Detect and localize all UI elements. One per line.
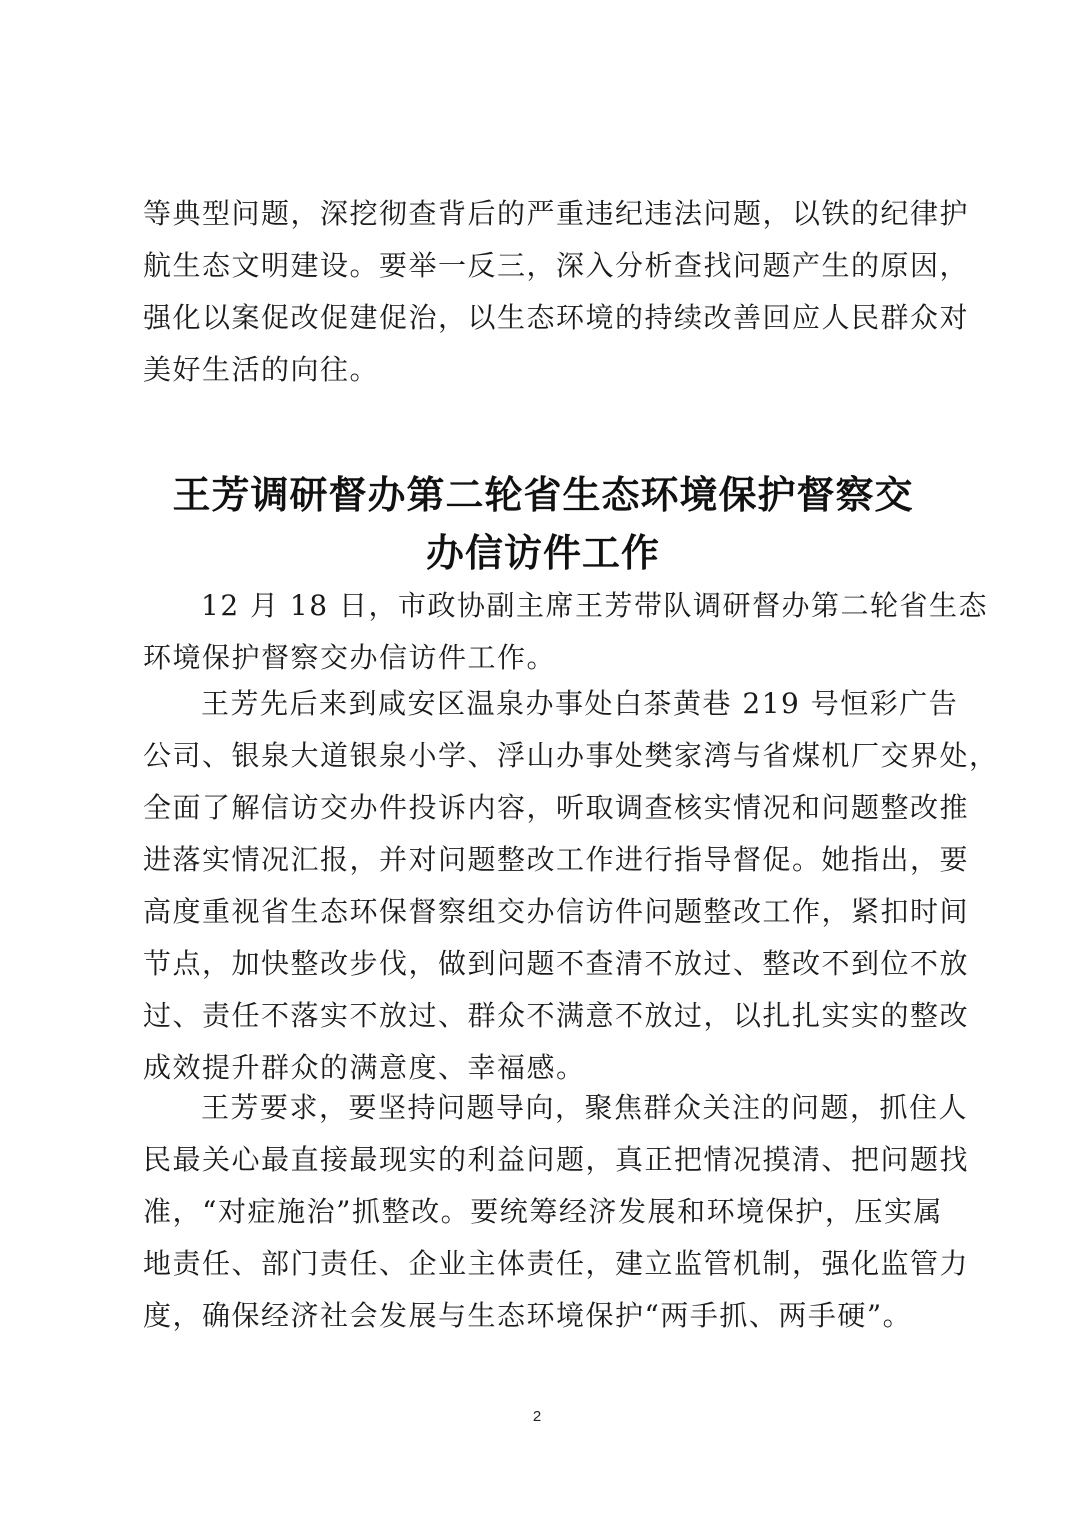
paragraph-line: 环境保护督察交办信访件工作。: [143, 632, 943, 684]
paragraph-line: 高度重视省生态环保督察组交办信访件问题整改工作，紧扣时间: [143, 886, 943, 938]
paragraph-line: 地责任、部门责任、企业主体责任，建立监管机制，强化监管力: [143, 1238, 943, 1290]
paragraph-line: 强化以案促改促建促治，以生态环境的持续改善回应人民群众对: [143, 292, 943, 344]
paragraph-line: 节点，加快整改步伐，做到问题不查清不放过、整改不到位不放: [143, 938, 943, 990]
document-page: 等典型问题，深挖彻查背后的严重违纪违法问题，以铁的纪律护 航生态文明建设。要举一…: [0, 0, 1074, 1520]
paragraph-line: 王芳要求，要坚持问题导向，聚焦群众关注的问题，抓住人: [143, 1082, 943, 1134]
paragraph-line: 民最关心最直接最现实的利益问题，真正把情况摸清、把问题找: [143, 1134, 943, 1186]
paragraph-line: 航生态文明建设。要举一反三，深入分析查找问题产生的原因，: [143, 240, 943, 292]
paragraph-line: 公司、银泉大道银泉小学、浮山办事处樊家湾与省煤机厂交界处，: [143, 730, 943, 782]
paragraph-line: 12 月 18 日，市政协副主席王芳带队调研督办第二轮省生态: [143, 580, 943, 632]
article-paragraph-2: 王芳先后来到咸安区温泉办事处白茶黄巷 219 号恒彩广告 公司、银泉大道银泉小学…: [143, 678, 943, 1094]
article-paragraph-1: 12 月 18 日，市政协副主席王芳带队调研督办第二轮省生态 环境保护督察交办信…: [143, 580, 943, 684]
paragraph-line: 度，确保经济社会发展与生态环境保护“两手抓、两手硬”。: [143, 1290, 943, 1342]
paragraph-line: 美好生活的向往。: [143, 344, 943, 396]
paragraph-line: 准，“对症施治”抓整改。要统筹经济发展和环境保护，压实属: [143, 1186, 943, 1238]
paragraph-line: 进落实情况汇报，并对问题整改工作进行指导督促。她指出，要: [143, 834, 943, 886]
paragraph-line: 等典型问题，深挖彻查背后的严重违纪违法问题，以铁的纪律护: [143, 188, 943, 240]
continued-paragraph: 等典型问题，深挖彻查背后的严重违纪违法问题，以铁的纪律护 航生态文明建设。要举一…: [143, 188, 943, 396]
article-title-line: 王芳调研督办第二轮省生态环境保护督察交: [143, 466, 943, 524]
paragraph-line: 王芳先后来到咸安区温泉办事处白茶黄巷 219 号恒彩广告: [143, 678, 943, 730]
paragraph-line: 全面了解信访交办件投诉内容，听取调查核实情况和问题整改推: [143, 782, 943, 834]
article-title: 王芳调研督办第二轮省生态环境保护督察交 办信访件工作: [143, 466, 943, 582]
article-paragraph-3: 王芳要求，要坚持问题导向，聚焦群众关注的问题，抓住人 民最关心最直接最现实的利益…: [143, 1082, 943, 1342]
article-title-line: 办信访件工作: [143, 524, 943, 582]
page-number: 2: [0, 1408, 1074, 1425]
paragraph-line: 过、责任不落实不放过、群众不满意不放过，以扎扎实实的整改: [143, 990, 943, 1042]
